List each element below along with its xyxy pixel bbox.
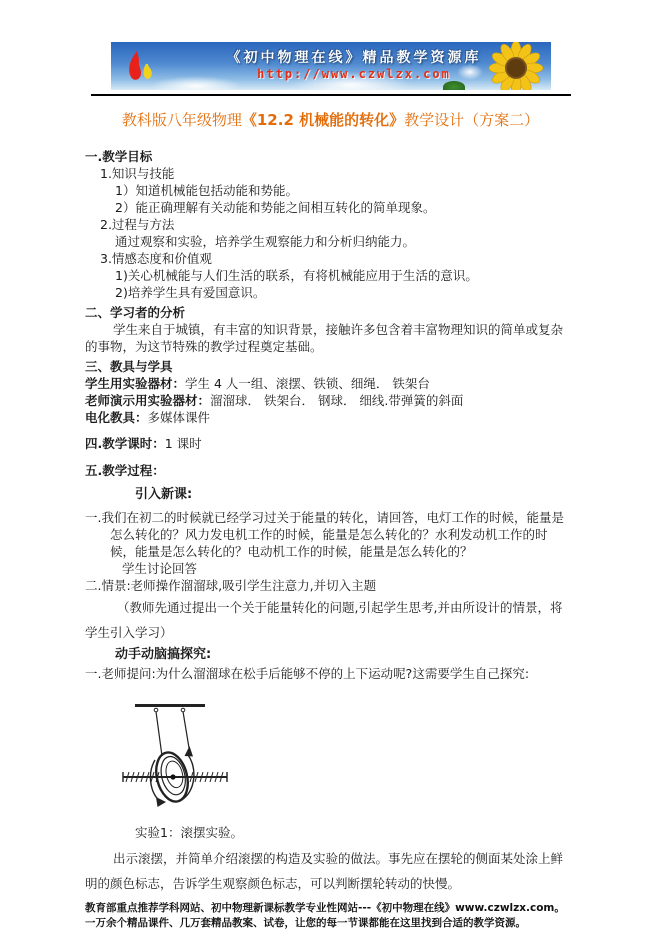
sunflower-icon [485, 42, 547, 90]
document-title: 教科版八年级物理《12.2 机械能的转化》教学设计（方案二） [40, 110, 621, 130]
subheading-process-method: 2.过程与方法 [85, 216, 565, 233]
equip-teacher-line: 老师演示用实验器材：溜溜球． 铁架台． 钢球． 细线.带弹簧的斜面 [85, 392, 565, 409]
support-bar [135, 704, 205, 707]
goal-item-1: 1）知道机械能包括动能和势能。 [85, 182, 565, 199]
equip-student-label: 学生用实验器材： [85, 376, 185, 391]
subheading-emotion-value: 3.情感态度和价值观 [85, 250, 565, 267]
subheading-knowledge-skill: 1.知识与技能 [85, 165, 565, 182]
title-suffix: 教学设计（方案二） [404, 111, 539, 129]
site-banner: 《初中物理在线》精品教学资源库 http://www.czwlzx.com [111, 42, 551, 90]
subheading-new-lesson-intro: 引入新课: [85, 485, 565, 505]
heading-teaching-goals: 一.教学目标 [85, 148, 565, 165]
maxwell-wheel-figure [115, 690, 315, 822]
header-banner-wrap: 《初中物理在线》精品教学资源库 http://www.czwlzx.com [91, 42, 571, 96]
document-page: 《初中物理在线》精品教学资源库 http://www.czwlzx.com [0, 0, 661, 936]
equip-media-label: 电化教具： [85, 410, 148, 425]
emotion-item-2: 2)培养学生具有爱国意识。 [85, 284, 565, 301]
class-hours-label: 四.教学课时： [85, 436, 165, 451]
class-hours-value: 1 课时 [165, 436, 202, 451]
title-book-name: 《12.2 机械能的转化》 [242, 111, 404, 129]
scene-note-text: （教师先通过提出一个关于能量转化的问题,引起学生思考,并由所设计的情景，将学生引… [85, 595, 565, 645]
experiment-description: 出示滚摆，并简单介绍滚摆的构造及实验的做法。事先应在摆轮的侧面某处涂上鲜明的颜色… [85, 846, 565, 896]
explore-question-text: 一.老师提问:为什么溜溜球在松手后能够不停的上下运动呢?这需要学生自己探究: [85, 665, 565, 682]
heading-class-hours: 四.教学课时：1 课时 [85, 435, 565, 452]
equip-student-text: 学生 4 人一组、滚摆、铁锁、细绳． 铁架台 [185, 376, 430, 391]
heading-teaching-aids: 三、教具与学具 [85, 358, 565, 375]
equip-media-text: 多媒体课件 [148, 410, 211, 425]
goal-item-2: 2）能正确理解有关动能和势能之间相互转化的简单现象。 [85, 199, 565, 216]
process-method-text: 通过观察和实验，培养学生观察能力和分析归纳能力。 [85, 233, 565, 250]
equip-teacher-text: 溜溜球． 铁架台． 钢球． 细线.带弹簧的斜面 [210, 393, 463, 408]
emotion-item-1: 1)关心机械能与人们生活的联系，有将机械能应用于生活的意识。 [85, 267, 565, 284]
student-discussion-line: 学生讨论回答 [85, 560, 565, 577]
page-footer: 教育部重点推荐学科网站、初中物理新课标教学专业性网站---《初中物理在线》www… [85, 901, 565, 931]
equip-media-line: 电化教具：多媒体课件 [85, 409, 565, 426]
heading-teaching-process: 五.教学过程： [85, 462, 565, 479]
document-body: 一.教学目标 1.知识与技能 1）知道机械能包括动能和势能。 2）能正确理解有关… [85, 148, 565, 896]
subheading-hands-on-explore: 动手动脑搞探究: [85, 645, 565, 665]
leaf-decoration [443, 81, 465, 90]
figure-caption: 实验1：滚摆实验。 [85, 824, 565, 841]
intro-question-text: 一.我们在初二的时候就已经学习过关于能量的转化，请回答，电灯工作的时候，能量是怎… [85, 509, 565, 560]
title-prefix: 教科版八年级物理 [122, 111, 242, 129]
learner-analysis-text: 学生来自于城镇，有丰富的知识背景，接触许多包含着丰富物理知识的简单或复杂的事物，… [85, 321, 565, 355]
equip-teacher-label: 老师演示用实验器材： [85, 393, 210, 408]
scene-line: 二.情景:老师操作溜溜球,吸引学生注意力,并切入主题 [85, 577, 565, 594]
heading-learner-analysis: 二、学习者的分析 [85, 304, 565, 321]
equip-student-line: 学生用实验器材：学生 4 人一组、滚摆、铁锁、细绳． 铁架台 [85, 375, 565, 392]
